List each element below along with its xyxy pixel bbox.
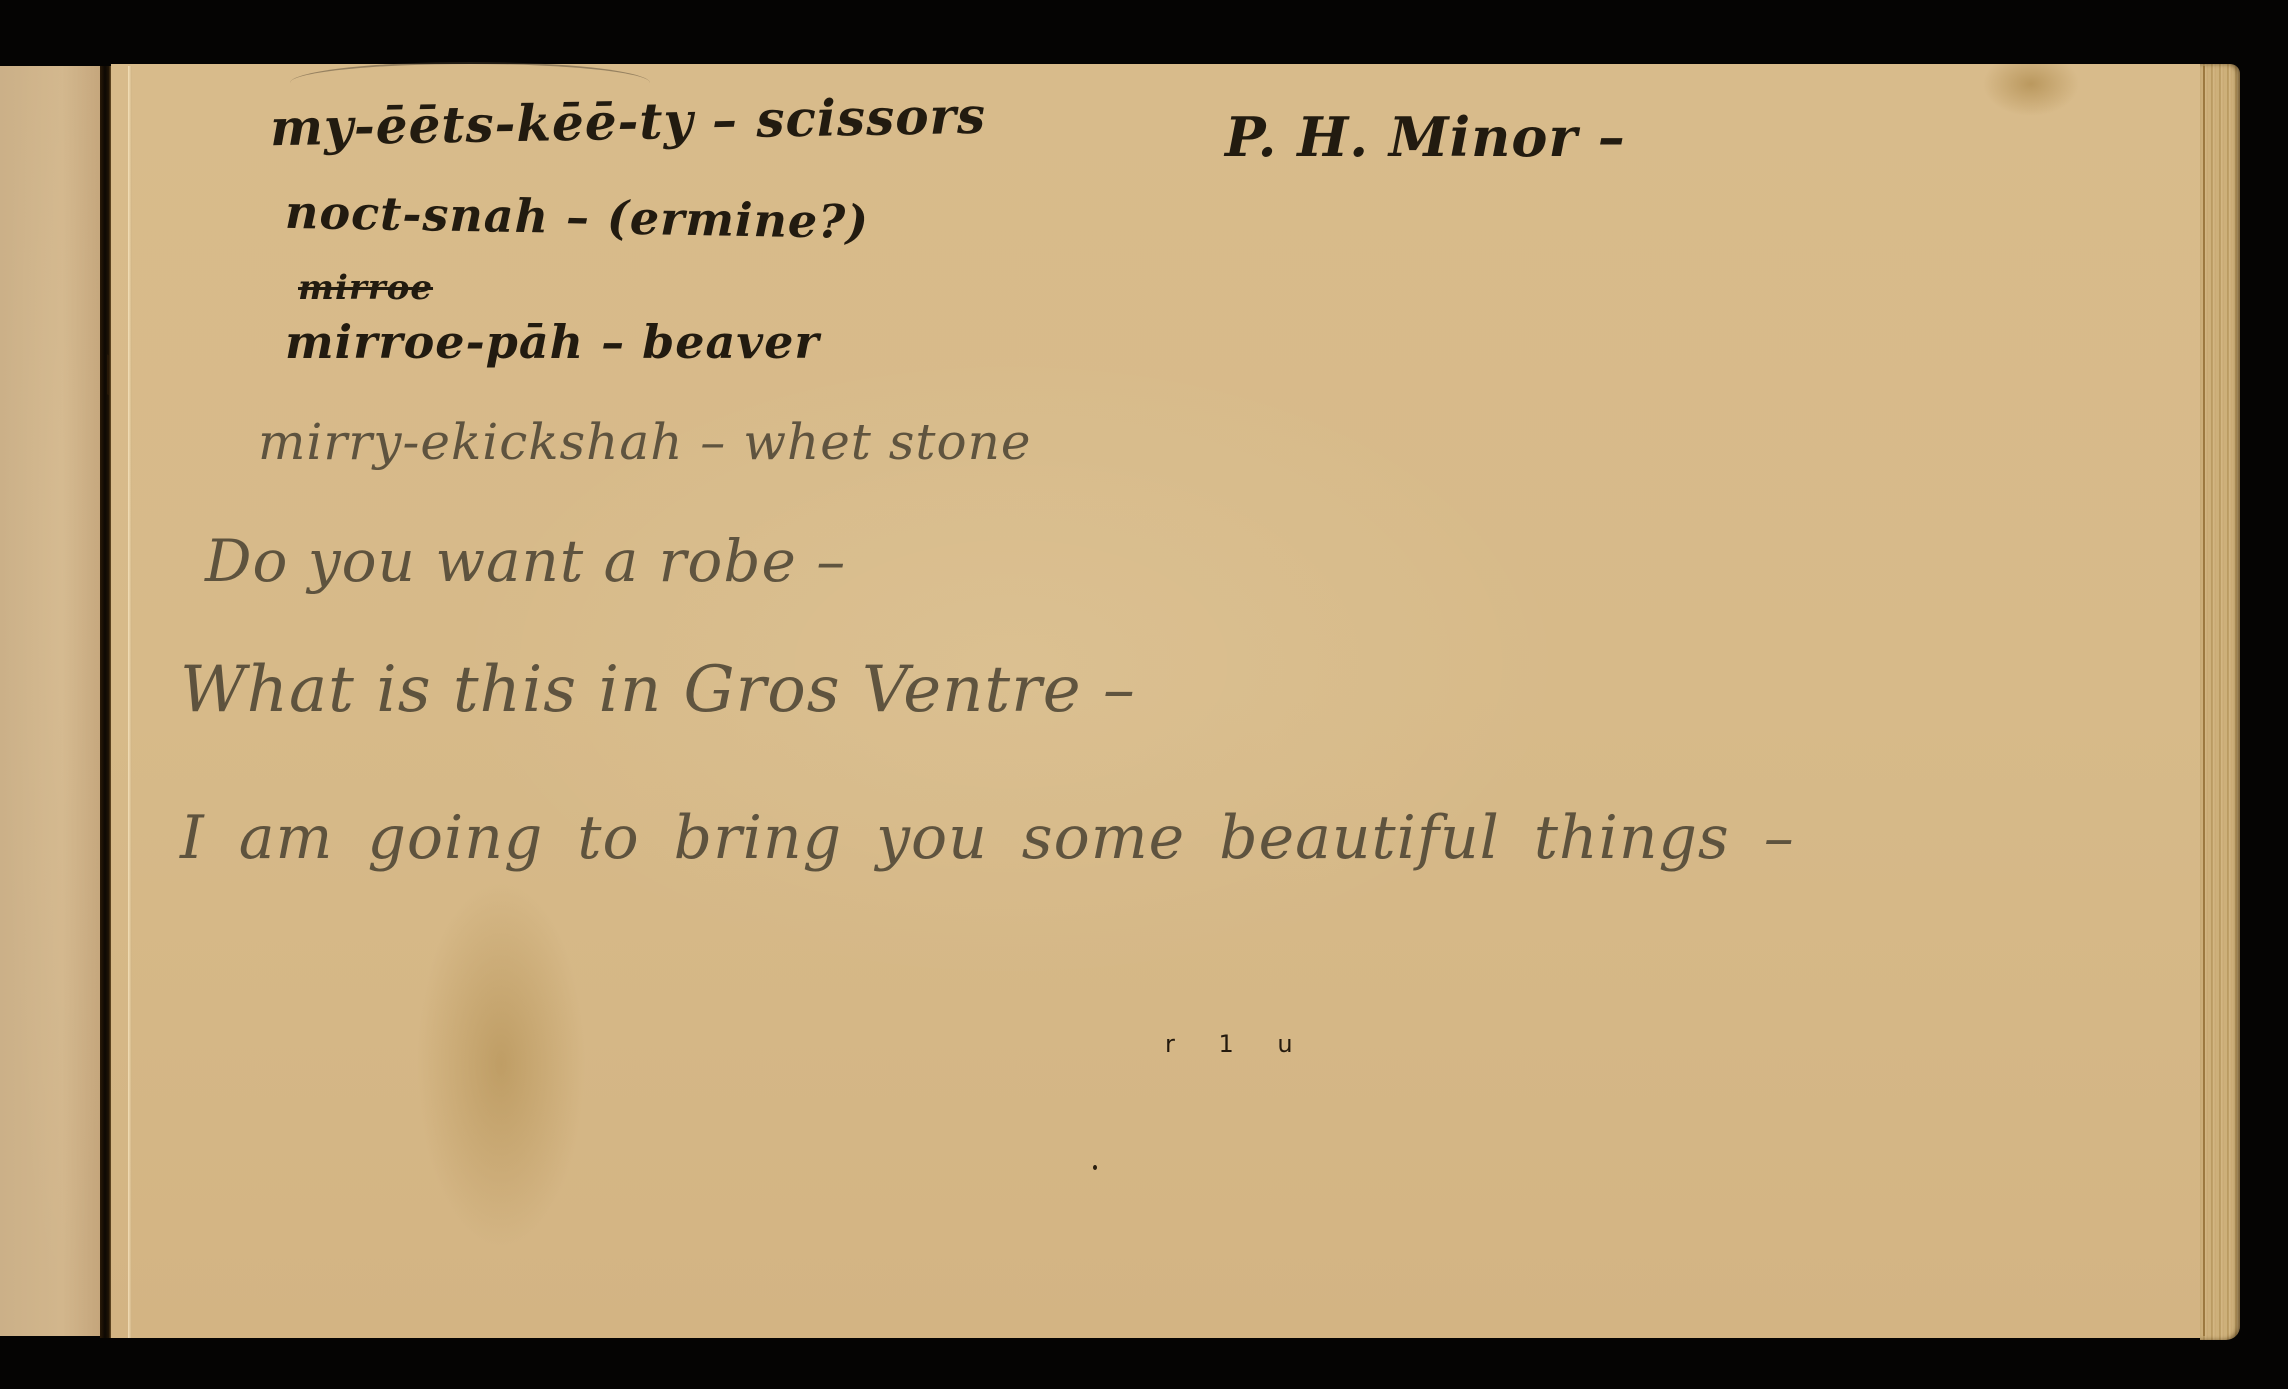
vocab-entry-scissors: my-ēēts-kēē-ty – scissors — [270, 86, 987, 157]
page-fold-crease — [128, 66, 132, 1338]
phrase-beautiful-things: I am going to bring you some beautiful t… — [180, 803, 1795, 873]
vocab-entry-ermine: noct-snah – (ermine?) — [285, 185, 870, 249]
phrase-gros-ventre: What is this in Gros Ventre – — [180, 653, 1136, 727]
bottom-ink-marks: r 1 u — [1165, 1030, 1311, 1058]
vocab-entry-whetstone: mirry-ekickshah – whet stone — [258, 413, 1031, 471]
vocab-entry-struck-mirroe: mirroe — [298, 268, 433, 308]
left-facing-page — [0, 66, 104, 1336]
book-spine — [100, 66, 111, 1338]
page-edge-line — [2203, 66, 2205, 1336]
ink-dot — [1093, 1165, 1097, 1170]
header-note-ph-minor: P. H. Minor – — [1225, 105, 1626, 169]
vocab-entry-beaver: mirroe-pāh – beaver — [285, 315, 820, 369]
stacked-page-edges — [2200, 64, 2240, 1340]
phrase-robe: Do you want a robe – — [205, 527, 846, 595]
